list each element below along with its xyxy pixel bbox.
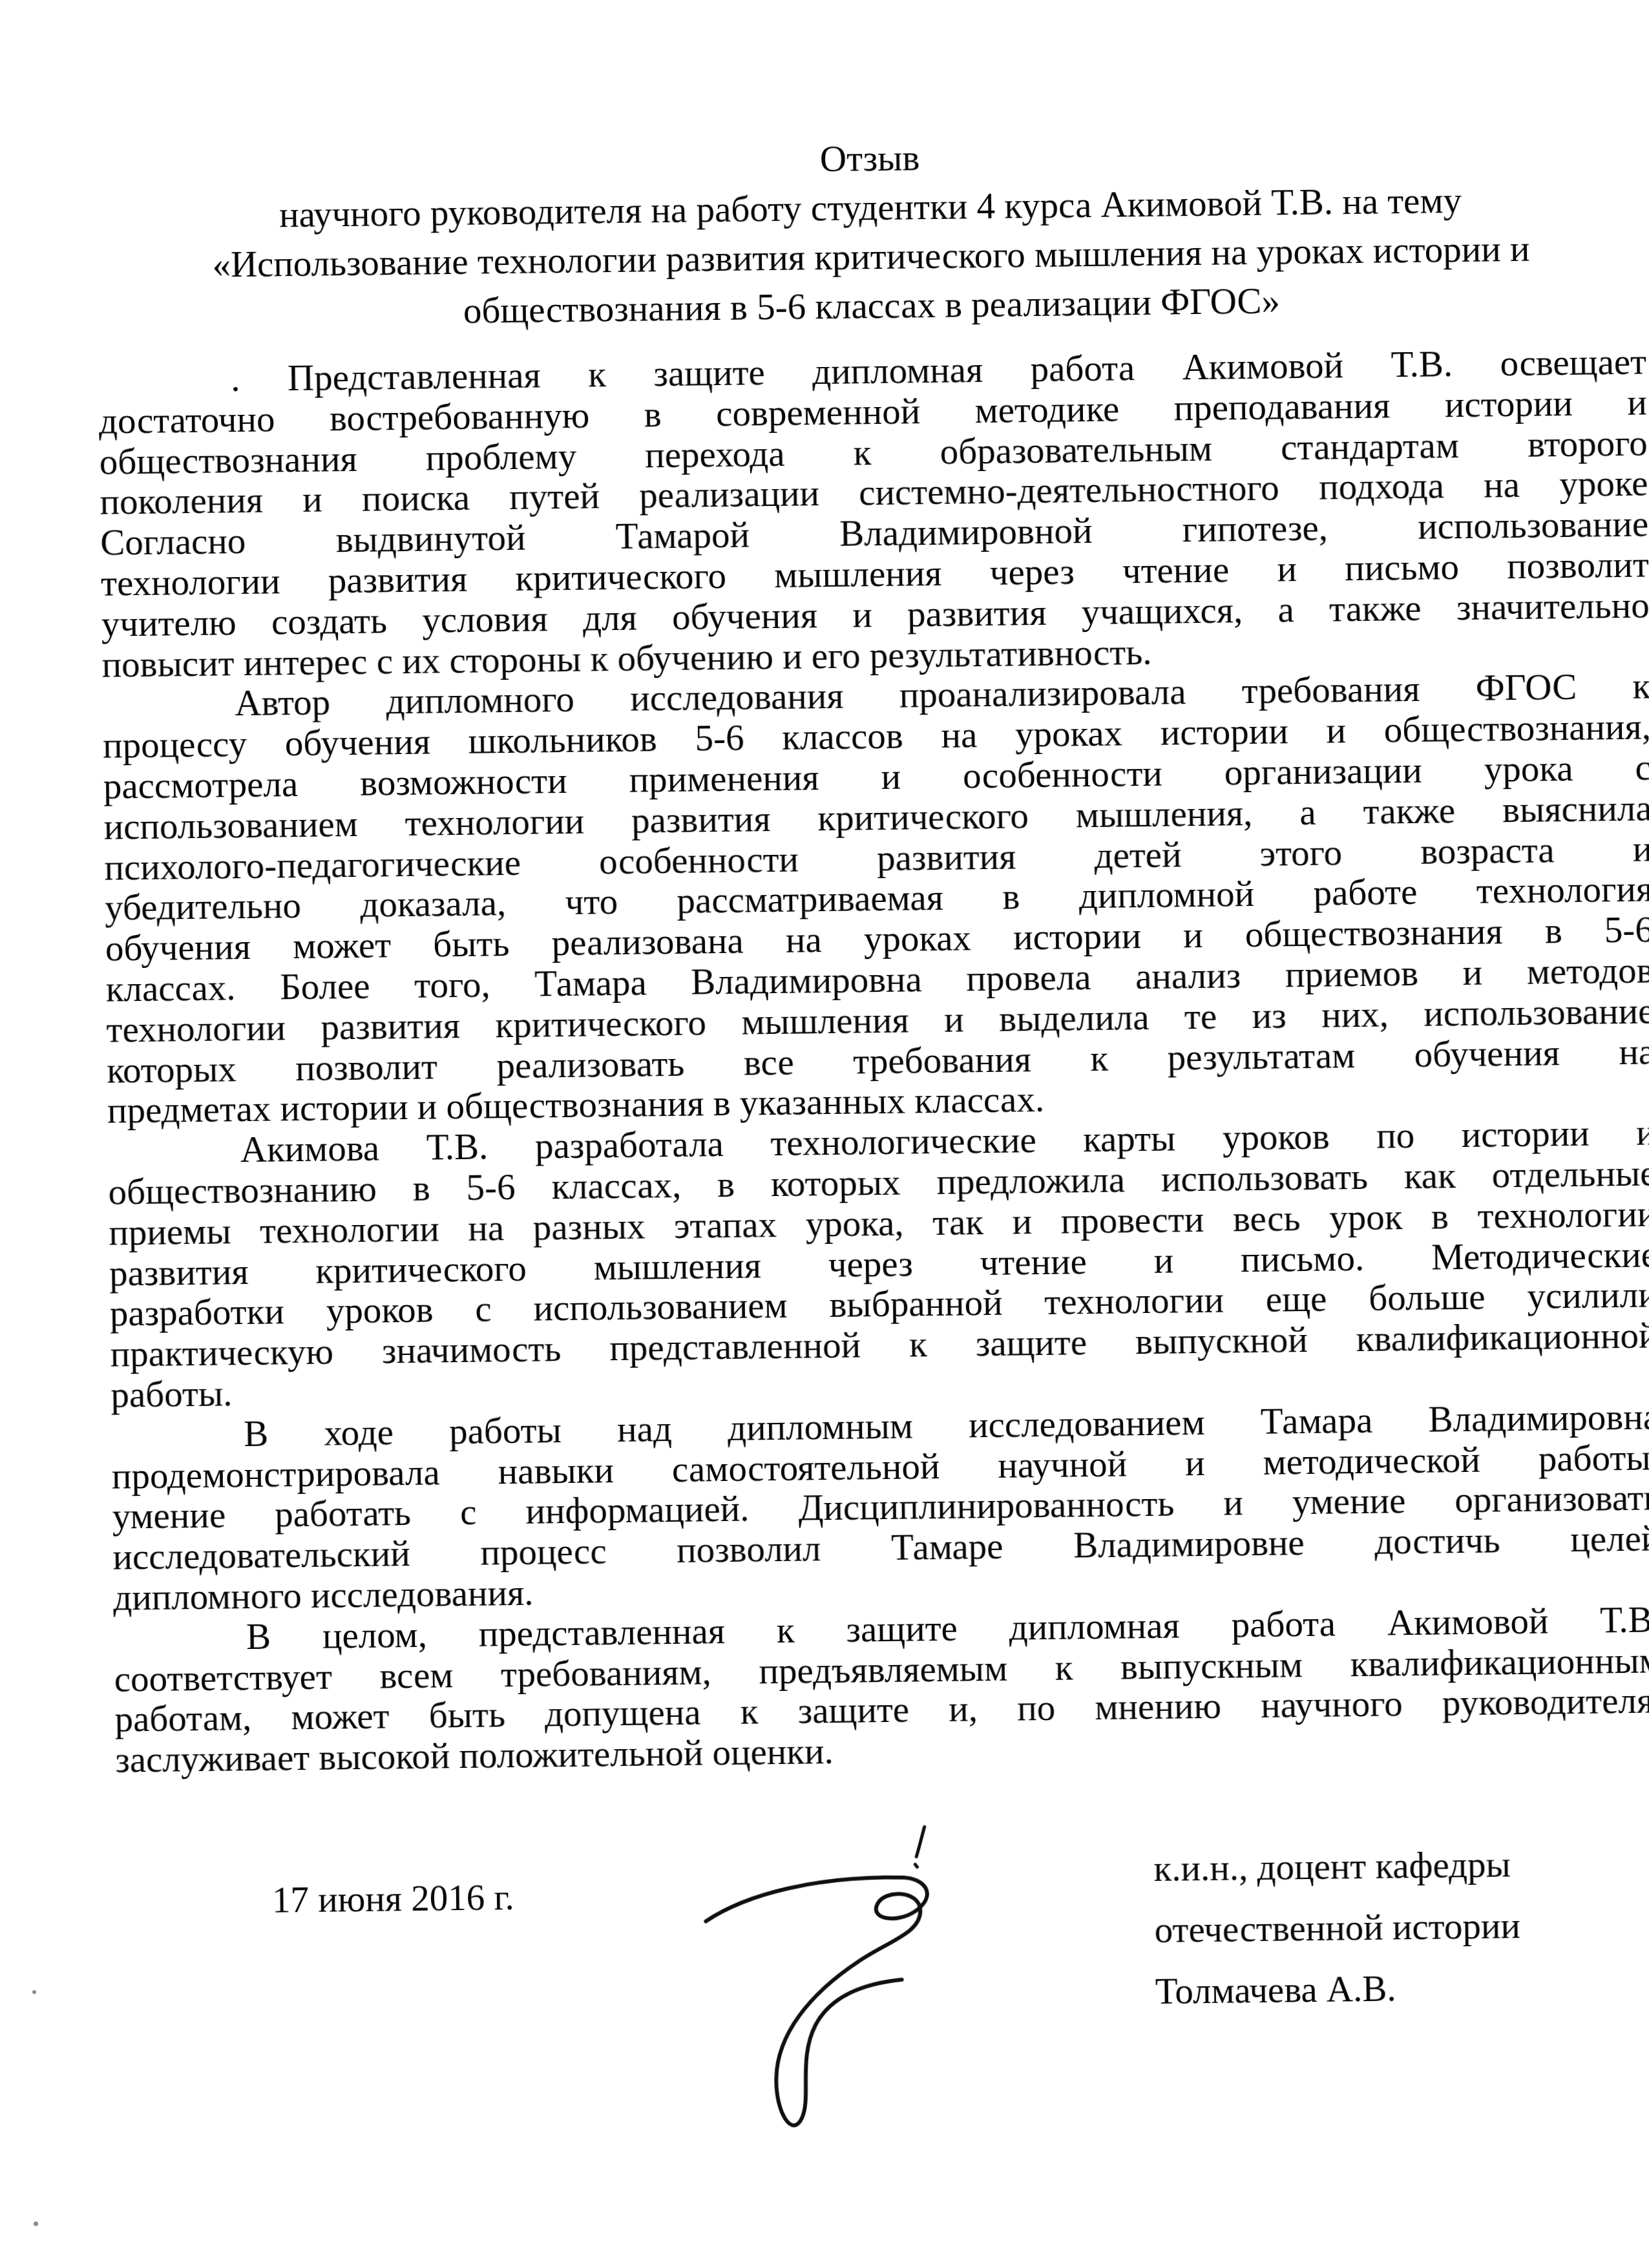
signoff-line: Толмачева А.В. (1155, 1957, 1521, 2022)
document-body: . Представленная к защите дипломная рабо… (98, 342, 1649, 1781)
scanned-review-page: Отзыв научного руководителя на работу ст… (0, 0, 1649, 2268)
scan-content: Отзыв научного руководителя на работу ст… (96, 125, 1649, 2246)
paragraph: . Представленная к защите дипломная рабо… (98, 342, 1649, 686)
document-footer: 17 июня 2016 г. к.и.н., доцент кафедры о… (116, 1762, 1649, 2246)
signoff-block: к.и.н., доцент кафедры отечественной ист… (1153, 1834, 1522, 2022)
date-label: 17 июня 2016 г. (272, 1876, 515, 1922)
scan-speck (32, 1990, 36, 1994)
paragraph: Автор дипломного исследования проанализи… (102, 667, 1649, 1132)
paragraph: В ходе работы над дипломным исследование… (111, 1397, 1649, 1619)
signoff-line: к.и.н., доцент кафедры (1153, 1834, 1520, 1900)
scan-speck (34, 2221, 38, 2226)
paragraph: Акимова Т.В. разработала технологические… (107, 1113, 1649, 1416)
document-title: Отзыв научного руководителя на работу ст… (96, 125, 1646, 340)
paragraph: В целом, представленная к защите дипломн… (114, 1600, 1649, 1781)
signoff-line: отечественной истории (1154, 1895, 1520, 1961)
handwritten-signature-icon (694, 1809, 1008, 2156)
